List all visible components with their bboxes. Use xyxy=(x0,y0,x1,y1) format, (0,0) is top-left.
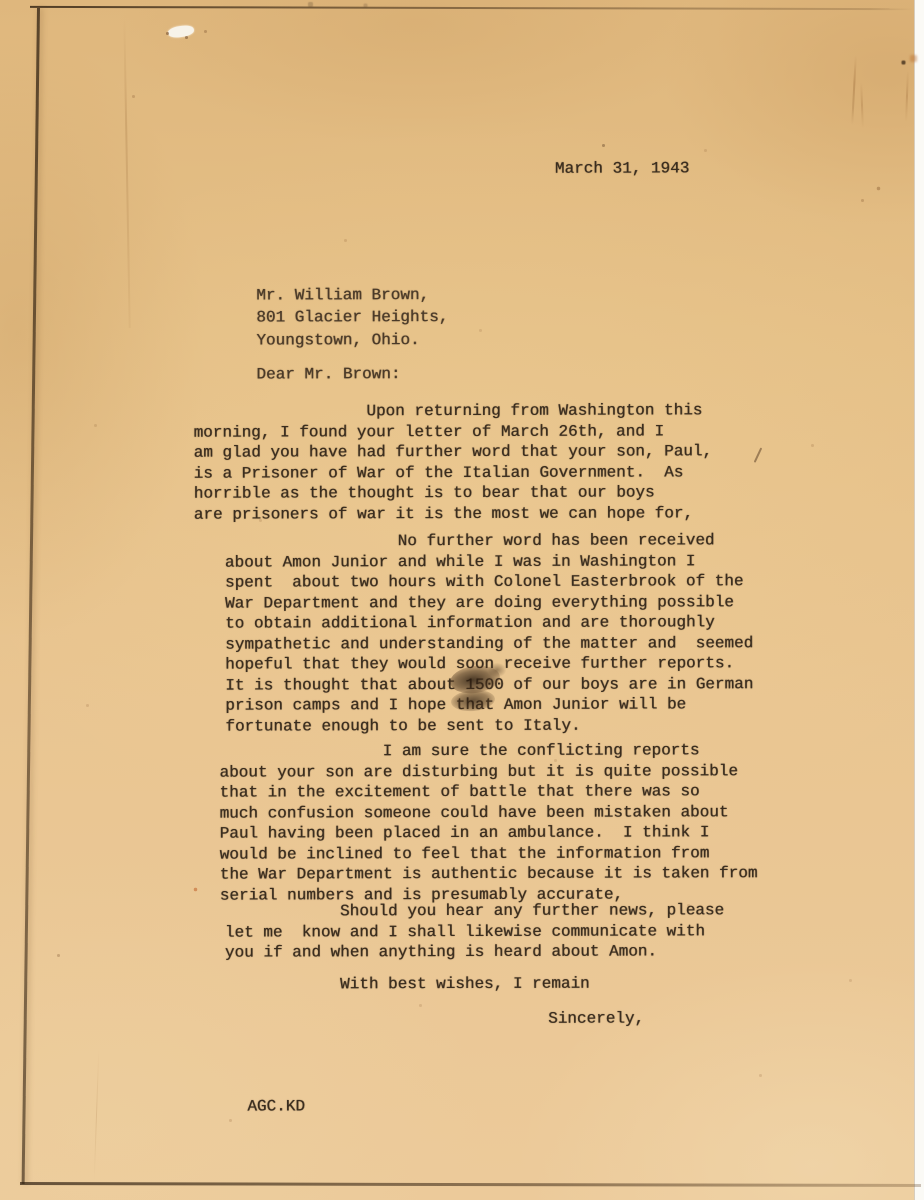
text-line: are prisoners of war it is the most we c… xyxy=(194,503,713,525)
text-line: morning, I found your letter of March 26… xyxy=(194,421,713,443)
text-line: you if and when anything is heard about … xyxy=(225,941,724,963)
text-line: Upon returning from Washington this xyxy=(193,400,712,422)
text-line: much confusion someone could have been m… xyxy=(220,802,758,824)
text-line: about your son are disturbing but it is … xyxy=(219,761,757,783)
text-line: fortunate enough to be sent to Italy. xyxy=(225,715,753,737)
text-line: I am sure the conflicting reports xyxy=(219,740,757,762)
paragraph-1: Upon returning from Washington thismorni… xyxy=(193,400,712,524)
text-line: Youngstown, Ohio. xyxy=(256,329,448,352)
closing-line: With best wishes, I remain xyxy=(340,975,590,994)
typist-initials: AGC.KD xyxy=(247,1097,305,1115)
text-line: am glad you have had further word that y… xyxy=(194,441,713,463)
text-line: sympathetic and understanding of the mat… xyxy=(225,633,753,655)
text-line: spent about two hours with Colonel Easte… xyxy=(225,571,753,593)
text-line: Should you hear any further news, please xyxy=(225,900,724,922)
text-line: Mr. William Brown, xyxy=(256,284,448,307)
paragraph-3: I am sure the conflicting reportsabout y… xyxy=(219,740,757,905)
text-line: the War Department is authentic because … xyxy=(220,863,758,885)
text-line: Paul having been placed in an ambulance.… xyxy=(220,822,758,844)
text-line: let me know and I shall likewise communi… xyxy=(225,921,724,943)
text-line: that in the excitement of battle that th… xyxy=(219,781,757,803)
text-line: horrible as the thought is to bear that … xyxy=(194,482,713,504)
recipient-address: Mr. William Brown,801 Glacier Heights,Yo… xyxy=(256,284,448,352)
text-line: 801 Glacier Heights, xyxy=(256,306,448,329)
paragraph-4: Should you hear any further news, please… xyxy=(225,900,724,963)
text-line: No further word has been received xyxy=(225,530,753,552)
text-line: to obtain additional information and are… xyxy=(225,612,753,634)
ink-smudge xyxy=(488,663,506,677)
salutation-line: Dear Mr. Brown: xyxy=(256,365,400,383)
date-line: March 31, 1943 xyxy=(555,159,689,177)
letter-content: March 31, 1943 Mr. William Brown,801 Gla… xyxy=(0,0,924,1200)
text-line: about Amon Junior and while I was in Was… xyxy=(225,551,753,573)
text-line: War Department and they are doing everyt… xyxy=(225,592,753,614)
signoff-line: Sincerely, xyxy=(548,1010,644,1028)
text-line: is a Prisoner of War of the Italian Gove… xyxy=(194,462,713,484)
text-line: would be inclined to feel that the infor… xyxy=(220,843,758,865)
scanned-letter-page: March 31, 1943 Mr. William Brown,801 Gla… xyxy=(0,0,924,1200)
